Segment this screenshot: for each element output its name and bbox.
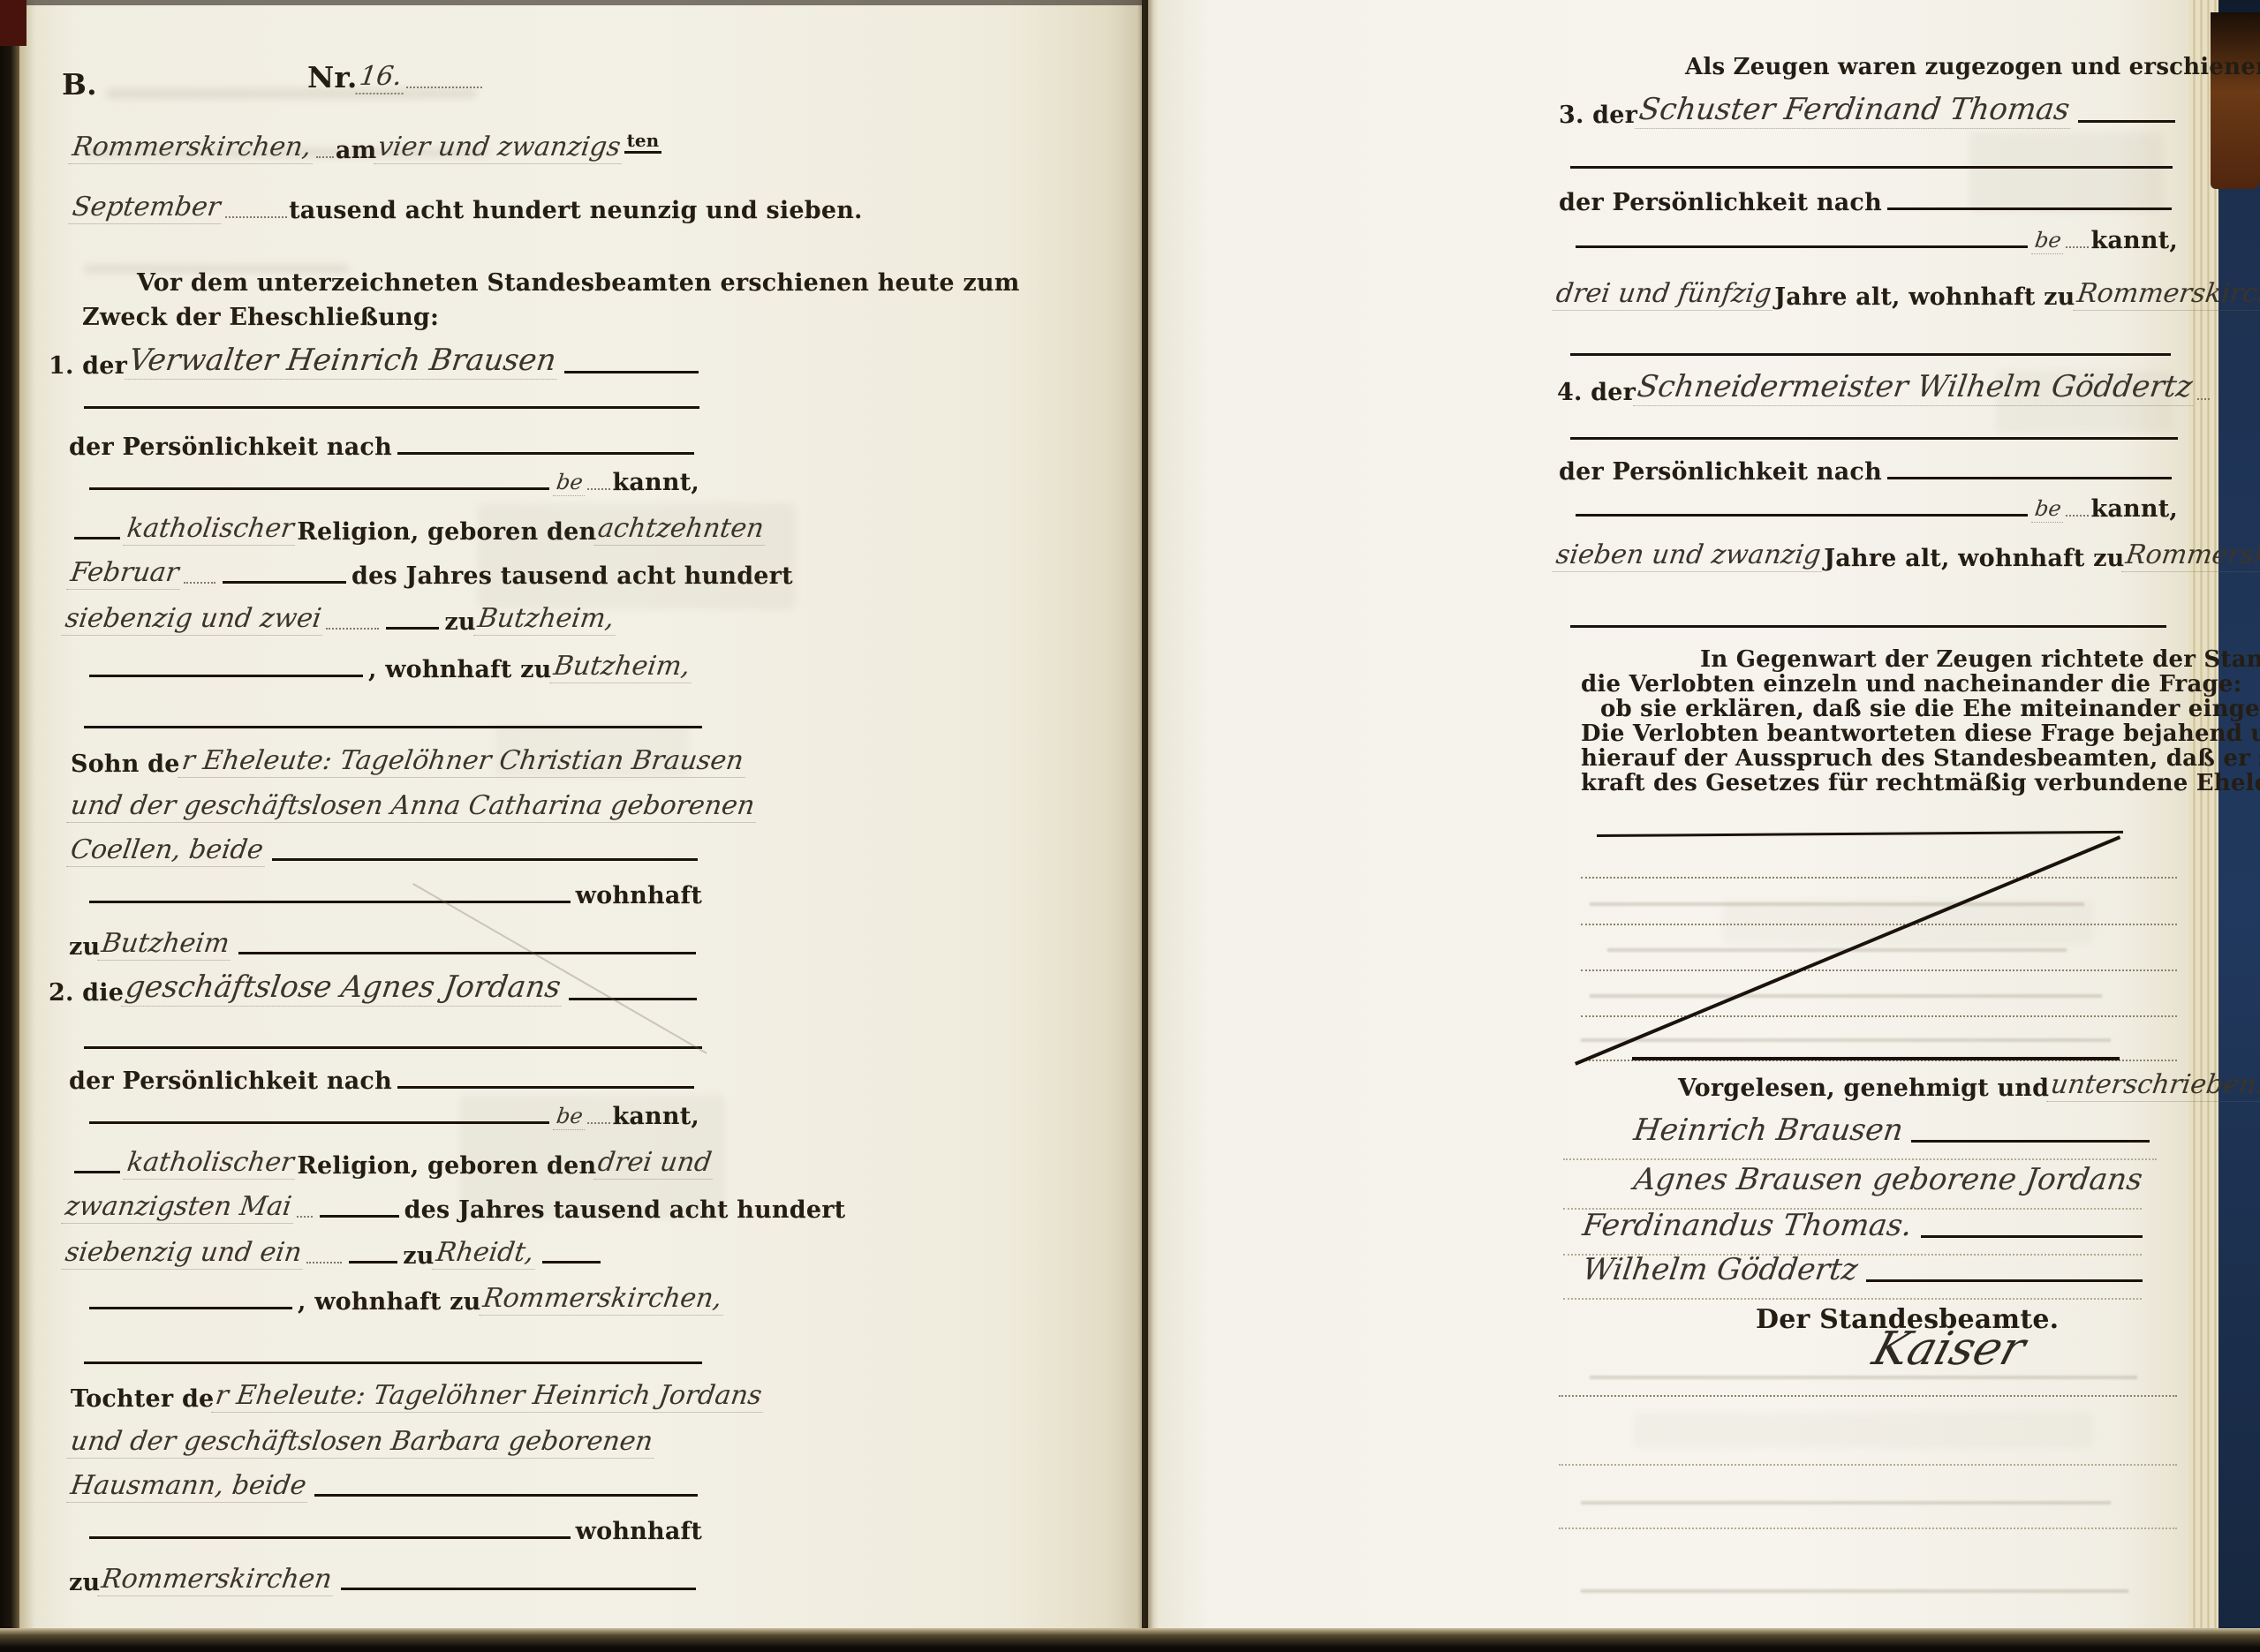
groom-parents-row-2: und der geschäftslosen Anna Catharina ge… [69,791,701,823]
registrar-signature: Kaiser [1865,1324,2035,1377]
groom-parents-row-1: Sohn de r Eheleute: Tagelöhner Christian… [71,746,703,778]
witness4-bekannt-row: be kannt, [1570,496,2178,523]
month-year-row: September tausend acht hundert neunzig u… [71,192,689,224]
signature-groom: Heinrich Brausen [1629,1114,1909,1149]
groom-residence-entry: Butzheim, [549,652,695,683]
zu-label: zu [69,934,100,961]
show-through-line [1590,1376,2137,1379]
groom-religion-entry: katholischer [123,514,299,546]
nr-label: Nr. [307,62,358,94]
witness4-age-row: sieben und zwanzig Jahre alt, wohnhaft z… [1554,540,2192,572]
persoenlichkeit-label: der Persönlichkeit nach [69,1068,392,1095]
declaration-text-2: die Verlobten einzeln und nacheinander d… [1581,672,2241,698]
dotted-rule [297,1216,313,1218]
wohnhaft-label: wohnhaft [576,883,702,909]
registrar-signature-rule [1559,1395,2177,1397]
show-through-line [1607,948,2067,952]
be-entry: be [2031,229,2067,254]
bride-parents-wohnhaft-row: wohnhaft [84,1519,702,1545]
bride-parents-row-3: Hausmann, beide [69,1471,703,1503]
be-entry: be [2031,497,2067,523]
declaration-text-6: kraft des Gesetzes für rechtmäßig verbun… [1581,771,2260,796]
witness4-identity-row: der Persönlichkeit nach [1559,459,2177,486]
dotted-rule [587,1122,610,1124]
signature-groom-row: Heinrich Brausen [1632,1114,2155,1149]
declaration-text-5: hierauf der Ausspruch des Standesbeamten… [1581,746,2260,772]
witness3-name-entry: Schuster Ferdinand Thomas [1635,94,2075,129]
wohnhaft-zu-label: , wohnhaft zu [368,657,552,683]
show-through-line [1581,1501,2111,1505]
kannt-label: kannt, [612,1104,699,1130]
bride-identity-row: der Persönlichkeit nach [69,1068,699,1095]
solid-rule [238,952,696,954]
show-through-line [1581,1038,2111,1042]
unterschrieben-entry: unterschrieben: [2047,1070,2260,1102]
blank-dotted-rule [1559,1464,2177,1466]
registrar-signature-row: Kaiser [1872,1324,2027,1377]
blank-rule [1570,353,2171,356]
zu-label: zu [444,609,475,636]
blank-rule [1570,166,2173,169]
am-label: am [336,138,376,164]
intro-text-2: Zweck der Eheschließung: [82,305,439,331]
solid-rule [320,1215,399,1218]
groom-birthyear-entry: siebenzig und zwei [61,604,326,636]
dotted-rule [184,582,215,584]
blue-cover-edge [2218,0,2260,1652]
ten-suffix: ten [624,130,662,154]
signature-witness3-row: Ferdinandus Thomas. [1581,1210,2148,1244]
witness3-identity-row: der Persönlichkeit nach [1559,190,2177,216]
signature-witness4: Wilhelm Göddertz [1578,1254,1863,1288]
bride-religion-entry: katholischer [123,1148,299,1180]
bride-residence-entry: Rommerskirchen, [479,1284,727,1316]
declaration-line-2: die Verlobten einzeln und nacheinander d… [1581,672,2241,698]
solid-rule [349,1261,397,1264]
groom-parents-wohnhaft-row: wohnhaft [84,883,702,909]
bride-religion-row: katholischer Religion, geboren den drei … [69,1148,702,1180]
solid-rule [89,675,363,677]
witness3-name-row: 3. der Schuster Ferdinand Thomas [1559,94,2177,129]
solid-rule [89,487,549,490]
zu-label: zu [403,1243,434,1270]
witness-header-row: Als Zeugen waren zugezogen und erschiene… [1685,55,2260,80]
wohnhaft-zu-label: , wohnhaft zu [298,1289,481,1316]
solid-rule [2078,120,2175,123]
vorgelesen-label: Vorgelesen, genehmigt und [1678,1075,2049,1102]
be-entry: be [553,471,588,496]
solid-rule [542,1261,601,1264]
vorgelesen-row: Vorgelesen, genehmigt und unterschrieben… [1678,1070,2178,1102]
religion-geboren-label: Religion, geboren den [297,1153,596,1180]
blank-dotted-rule [1581,969,2177,971]
signature-witness4-row: Wilhelm Göddertz [1581,1254,2148,1288]
groom-birthmonth-entry: Februar [66,558,184,590]
declaration-line-3: ob sie erklären, daß sie die Ehe miteina… [1600,697,2260,722]
bride-birthplace-entry: Rheidt, [432,1238,539,1270]
groom-residence-row: , wohnhaft zu Butzheim, [84,652,702,683]
groom-parents-row-3: Coellen, beide [69,835,703,867]
dotted-rule [406,87,482,88]
bride-name-entry: geschäftslose Agnes Jordans [121,971,566,1007]
witness3-bekannt-row: be kannt, [1570,228,2178,254]
bottom-edge-shadow [0,1628,2260,1652]
tochter-label: Tochter de [71,1386,214,1413]
solid-rule [1911,1140,2150,1143]
signature-bride-row: Agnes Brausen geborene Jordans [1632,1164,2155,1198]
groom-religion-row: katholischer Religion, geboren den achtz… [69,514,702,546]
witness-header: Als Zeugen waren zugezogen und erschiene… [1685,55,2260,80]
right-page-edges [2188,0,2218,1635]
groom-name-row: 1. der Verwalter Heinrich Brausen [49,344,704,380]
solid-rule [386,627,439,630]
book-gutter [1138,0,1153,1628]
signature-rule [1563,1158,2157,1160]
blank-rule [84,1362,702,1364]
day-entry: vier und zwanzigs [374,132,626,164]
solid-rule [314,1494,698,1497]
solid-rule [1576,245,2028,248]
intro-line-2: Zweck der Eheschließung: [82,305,439,331]
bride-number-label: 2. die [49,980,124,1007]
solid-rule [74,1171,120,1173]
intro-line-1: Vor dem unterzeichneten Standesbeamten e… [137,270,1020,297]
kannt-label: kannt, [612,470,699,496]
dotted-rule [225,216,287,218]
witness3-residence-entry: Rommerskirchen [2073,279,2260,311]
blank-rule [1570,625,2166,628]
declaration-line-5: hierauf der Ausspruch des Standesbeamten… [1581,746,2260,772]
persoenlichkeit-label: der Persönlichkeit nach [1559,190,1882,216]
show-through-line [1581,1589,2128,1593]
bride-parents-residence-entry: Rommerskirchen [98,1565,337,1596]
groom-name-entry: Verwalter Heinrich Brausen [125,344,562,380]
signature-rule [1563,1298,2142,1300]
signature-witness3: Ferdinandus Thomas. [1578,1210,1917,1244]
bride-birthmonth-entry: zwanzigsten Mai [61,1192,297,1224]
solid-rule [564,371,699,373]
witness3-age-row: drei und fünfzig Jahre alt, wohnhaft zu … [1554,279,2187,311]
solid-rule [1921,1235,2143,1238]
sohn-label: Sohn de [71,751,180,778]
cover-corner-leather [2211,12,2260,189]
show-through-line [1590,902,2084,906]
blank-rule [84,406,699,409]
solid-rule [341,1588,696,1590]
left-spine-edge [0,0,19,1652]
dotted-rule [587,488,610,490]
bride-parents-entry-3: Hausmann, beide [66,1471,311,1503]
solid-rule [89,1121,549,1124]
dotted-rule [316,156,334,158]
bride-birthmonth-row: zwanzigsten Mai des Jahres tausend acht … [64,1192,702,1224]
dotted-rule [2066,515,2089,517]
witness4-name-entry: Schneidermeister Wilhelm Göddertz [1633,371,2198,406]
dotted-rule [306,1262,342,1264]
declaration-text-3: ob sie erklären, daß sie die Ehe miteina… [1600,697,2260,722]
dotted-rule [326,628,379,630]
place-entry: Rommerskirchen, [68,132,316,164]
register-book-spread: B. Nr. 16. Rommerskirchen, am vier und z… [0,0,2260,1652]
zu-label: zu [69,1570,100,1596]
cancellation-base-line [1632,1057,2120,1060]
bride-parents-entry-1: r Eheleute: Tagelöhner Heinrich Jordans [212,1381,767,1413]
top-edge-shadow [19,0,1142,5]
solid-rule [89,1307,292,1309]
groom-parents-residence-entry: Butzheim [98,929,235,961]
blank-rule [1570,437,2178,440]
des-jahres-label: des Jahres tausend acht hundert [351,563,793,590]
declaration-line-4: Die Verlobten beantworteten diese Frage … [1581,721,2260,747]
groom-parents-residence-row: zu Butzheim [69,929,701,961]
bride-birthyear-entry: siebenzig und ein [61,1238,306,1270]
section-letter: B. [62,69,97,102]
dotted-rule [2197,398,2210,400]
blank-dotted-rule [1559,1528,2177,1529]
section-letter-row: B. [62,69,97,102]
kannt-label: kannt, [2090,496,2178,523]
dotted-rule [2066,246,2089,248]
groom-parents-entry-3: Coellen, beide [66,835,268,867]
bride-parents-row-2: und der geschäftslosen Barbara geborenen [69,1427,701,1459]
be-entry: be [553,1105,588,1130]
solid-rule [1887,477,2172,479]
solid-rule [89,901,571,903]
bride-birthyear-row: siebenzig und ein zu Rheidt, [64,1238,702,1270]
groom-birthmonth-row: Februar des Jahres tausend acht hundert [69,558,702,590]
bride-residence-row: , wohnhaft zu Rommerskirchen, [84,1284,702,1316]
groom-identity-row: der Persönlichkeit nach [69,434,699,461]
witness3-age-entry: drei und fünfzig [1552,279,1776,311]
record-number-row: Nr. 16. [307,62,484,94]
groom-birthday-entry: achtzehnten [594,514,769,546]
bride-parents-row-1: Tochter de r Eheleute: Tagelöhner Heinri… [71,1381,703,1413]
blank-dotted-rule [1581,877,2177,879]
witness4-residence-entry: Rommerskirchen. [2122,540,2260,572]
show-through-line [1590,994,2102,998]
solid-rule [89,1536,571,1539]
place-date-row: Rommerskirchen, am vier und zwanzigs ten [71,132,669,164]
groom-parents-entry-2: und der geschäftslosen Anna Catharina ge… [66,791,760,823]
solid-rule [569,998,697,1000]
solid-rule [1887,207,2172,210]
bride-bekannt-row: be kannt, [84,1104,699,1130]
nr-value: 16. [355,62,407,94]
blank-dotted-rule [1581,1015,2177,1017]
witness3-number-label: 3. der [1559,102,1637,129]
solid-rule [397,452,694,455]
blank-rule [84,1046,702,1049]
groom-parents-entry-1: r Eheleute: Tagelöhner Christian Brausen [178,746,749,778]
bride-birthday-entry: drei und [594,1148,717,1180]
jahre-alt-label: Jahre alt, wohnhaft zu [1774,284,2075,311]
groom-birthplace-entry: Butzheim, [473,604,619,636]
solid-rule [1866,1279,2143,1282]
jahre-alt-label: Jahre alt, wohnhaft zu [1824,546,2124,572]
witness4-number-label: 4. der [1557,380,1636,406]
bride-parents-entry-2: und der geschäftslosen Barbara geborenen [66,1427,658,1459]
kannt-label: kannt, [2090,228,2178,254]
year-printed: tausend acht hundert neunzig und sieben. [289,198,863,224]
intro-text-1: Vor dem unterzeichneten Standesbeamten e… [137,270,1020,297]
signature-bride: Agnes Brausen geborene Jordans [1629,1164,2148,1198]
month-entry: September [68,192,225,224]
bride-name-row: 2. die geschäftslose Agnes Jordans [49,971,702,1007]
groom-bekannt-row: be kannt, [84,470,699,496]
blank-rule [84,726,702,728]
witness4-age-entry: sieben und zwanzig [1552,540,1825,572]
bride-parents-residence-row: zu Rommerskirchen [69,1565,701,1596]
declaration-text-1: In Gegenwart der Zeugen richtete der Sta… [1700,647,2260,673]
declaration-line-1: In Gegenwart der Zeugen richtete der Sta… [1700,647,2260,673]
solid-rule [397,1086,694,1089]
declaration-text-4: Die Verlobten beantworteten diese Frage … [1581,721,2260,747]
religion-geboren-label: Religion, geboren den [297,519,596,546]
blank-dotted-rule [1581,924,2177,925]
solid-rule [74,537,120,539]
persoenlichkeit-label: der Persönlichkeit nach [69,434,392,461]
wohnhaft-label: wohnhaft [576,1519,702,1545]
groom-birthyear-row: siebenzig und zwei zu Butzheim, [64,604,702,636]
persoenlichkeit-label: der Persönlichkeit nach [1559,459,1882,486]
solid-rule [272,858,698,861]
top-left-cover-corner [0,0,26,46]
declaration-line-6: kraft des Gesetzes für rechtmäßig verbun… [1581,771,2260,796]
des-jahres-label: des Jahres tausend acht hundert [404,1197,846,1224]
groom-number-label: 1. der [49,353,127,380]
solid-rule [1576,514,2028,517]
show-through [1634,1413,2093,1448]
witness4-name-row: 4. der Schneidermeister Wilhelm Göddertz [1557,371,2178,406]
solid-rule [223,581,346,584]
